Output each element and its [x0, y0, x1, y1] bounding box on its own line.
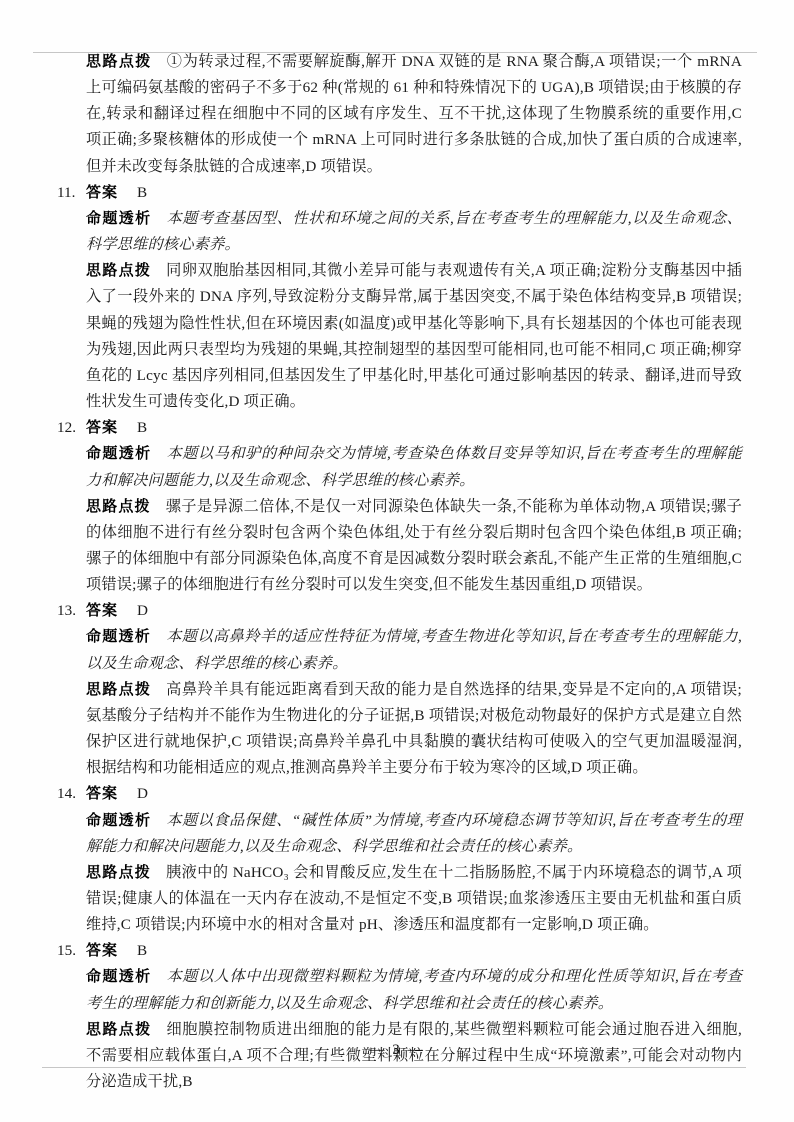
question-block-13: 13.答案D 命题透析本题以高鼻羚羊的适应性特征为情境,考查生物进化等知识,旨在… [86, 598, 742, 781]
answer-value: B [137, 184, 147, 201]
question-block-10-tail: 思路点拨①为转录过程,不需要解旋酶,解开 DNA 双链的是 RNA 聚合酶,A … [86, 49, 742, 180]
page-number: — 3 — [0, 1042, 794, 1059]
analysis-text: 高鼻羚羊具有能远距离看到天敌的能力是自然选择的结果,变异是不定向的,A 项错误;… [86, 681, 742, 776]
document-page: 思路点拨①为转录过程,不需要解旋酶,解开 DNA 双链的是 RNA 聚合酶,A … [0, 0, 794, 1122]
answer-value: B [137, 942, 147, 959]
review-label: 命题透析 [86, 812, 151, 829]
analysis-text: 胰液中的 NaHCO₃ 会和胃酸反应,发生在十二指肠肠腔,不属于内环境稳态的调节… [86, 864, 742, 933]
question-number: 13. [57, 598, 76, 624]
analysis-paragraph: 思路点拨骡子是异源二倍体,不是仅一对同源染色体缺失一条,不能称为单体动物,A 项… [86, 494, 742, 599]
answer-value: D [137, 785, 148, 802]
review-text: 本题考查基因型、性状和环境之间的关系,旨在考查考生的理解能力,以及生命观念、科学… [86, 210, 742, 253]
analysis-paragraph: 思路点拨①为转录过程,不需要解旋酶,解开 DNA 双链的是 RNA 聚合酶,A … [86, 49, 742, 180]
analysis-text: 同卵双胞胎基因相同,其微小差异可能与表观遗传有关,A 项正确;淀粉分支酶基因中插… [86, 262, 742, 410]
answer-line: 15.答案B [86, 938, 742, 964]
analysis-text: 骡子是异源二倍体,不是仅一对同源染色体缺失一条,不能称为单体动物,A 项错误;骡… [86, 498, 742, 593]
analysis-label: 思路点拨 [86, 53, 152, 70]
question-block-12: 12.答案B 命题透析本题以马和驴的种间杂交为情境,考查染色体数目变异等知识,旨… [86, 415, 742, 598]
review-text: 本题以食品保健、“碱性体质”为情境,考查内环境稳态调节等知识,旨在考查考生的理解… [86, 812, 742, 855]
analysis-label: 思路点拨 [86, 262, 151, 279]
review-text: 本题以人体中出现微塑料颗粒为情境,考查内环境的成分和理化性质等知识,旨在考查考生… [86, 968, 742, 1011]
answer-label: 答案 [86, 419, 118, 436]
analysis-paragraph: 思路点拨同卵双胞胎基因相同,其微小差异可能与表观遗传有关,A 项正确;淀粉分支酶… [86, 258, 742, 415]
review-paragraph: 命题透析本题以马和驴的种间杂交为情境,考查染色体数目变异等知识,旨在考查考生的理… [86, 441, 742, 493]
review-text: 本题以马和驴的种间杂交为情境,考查染色体数目变异等知识,旨在考查考生的理解能力和… [86, 445, 742, 488]
analysis-paragraph: 思路点拨胰液中的 NaHCO₃ 会和胃酸反应,发生在十二指肠肠腔,不属于内环境稳… [86, 860, 742, 938]
answer-line: 11.答案B [86, 180, 742, 206]
question-number: 12. [57, 415, 76, 441]
question-block-14: 14.答案D 命题透析本题以食品保健、“碱性体质”为情境,考查内环境稳态调节等知… [86, 781, 742, 938]
question-number: 14. [57, 781, 76, 807]
answer-label: 答案 [86, 785, 118, 802]
review-paragraph: 命题透析本题考查基因型、性状和环境之间的关系,旨在考查考生的理解能力,以及生命观… [86, 206, 742, 258]
review-paragraph: 命题透析本题以人体中出现微塑料颗粒为情境,考查内环境的成分和理化性质等知识,旨在… [86, 964, 742, 1016]
analysis-text: ①为转录过程,不需要解旋酶,解开 DNA 双链的是 RNA 聚合酶,A 项错误;… [86, 53, 742, 175]
analysis-label: 思路点拨 [86, 864, 151, 881]
answer-label: 答案 [86, 184, 118, 201]
answer-label: 答案 [86, 942, 118, 959]
answer-line: 12.答案B [86, 415, 742, 441]
answer-line: 14.答案D [86, 781, 742, 807]
review-text: 本题以高鼻羚羊的适应性特征为情境,考查生物进化等知识,旨在考查考生的理解能力,以… [86, 628, 742, 671]
question-block-15: 15.答案B 命题透析本题以人体中出现微塑料颗粒为情境,考查内环境的成分和理化性… [86, 938, 742, 1095]
analysis-label: 思路点拨 [86, 1021, 151, 1038]
answer-line: 13.答案D [86, 598, 742, 624]
analysis-paragraph: 思路点拨高鼻羚羊具有能远距离看到天敌的能力是自然选择的结果,变异是不定向的,A … [86, 677, 742, 782]
analysis-label: 思路点拨 [86, 498, 151, 515]
question-number: 11. [57, 180, 75, 206]
review-label: 命题透析 [86, 445, 151, 462]
review-label: 命题透析 [86, 968, 151, 985]
review-paragraph: 命题透析本题以高鼻羚羊的适应性特征为情境,考查生物进化等知识,旨在考查考生的理解… [86, 624, 742, 676]
analysis-label: 思路点拨 [86, 681, 151, 698]
question-number: 15. [57, 938, 76, 964]
review-label: 命题透析 [86, 210, 151, 227]
review-label: 命题透析 [86, 628, 151, 645]
answer-value: B [137, 419, 147, 436]
answer-value: D [137, 602, 148, 619]
answer-key-content: 思路点拨①为转录过程,不需要解旋酶,解开 DNA 双链的是 RNA 聚合酶,A … [86, 49, 742, 1095]
review-paragraph: 命题透析本题以食品保健、“碱性体质”为情境,考查内环境稳态调节等知识,旨在考查考… [86, 808, 742, 860]
question-block-11: 11.答案B 命题透析本题考查基因型、性状和环境之间的关系,旨在考查考生的理解能… [86, 180, 742, 415]
bottom-rule [42, 1067, 746, 1068]
answer-label: 答案 [86, 602, 118, 619]
